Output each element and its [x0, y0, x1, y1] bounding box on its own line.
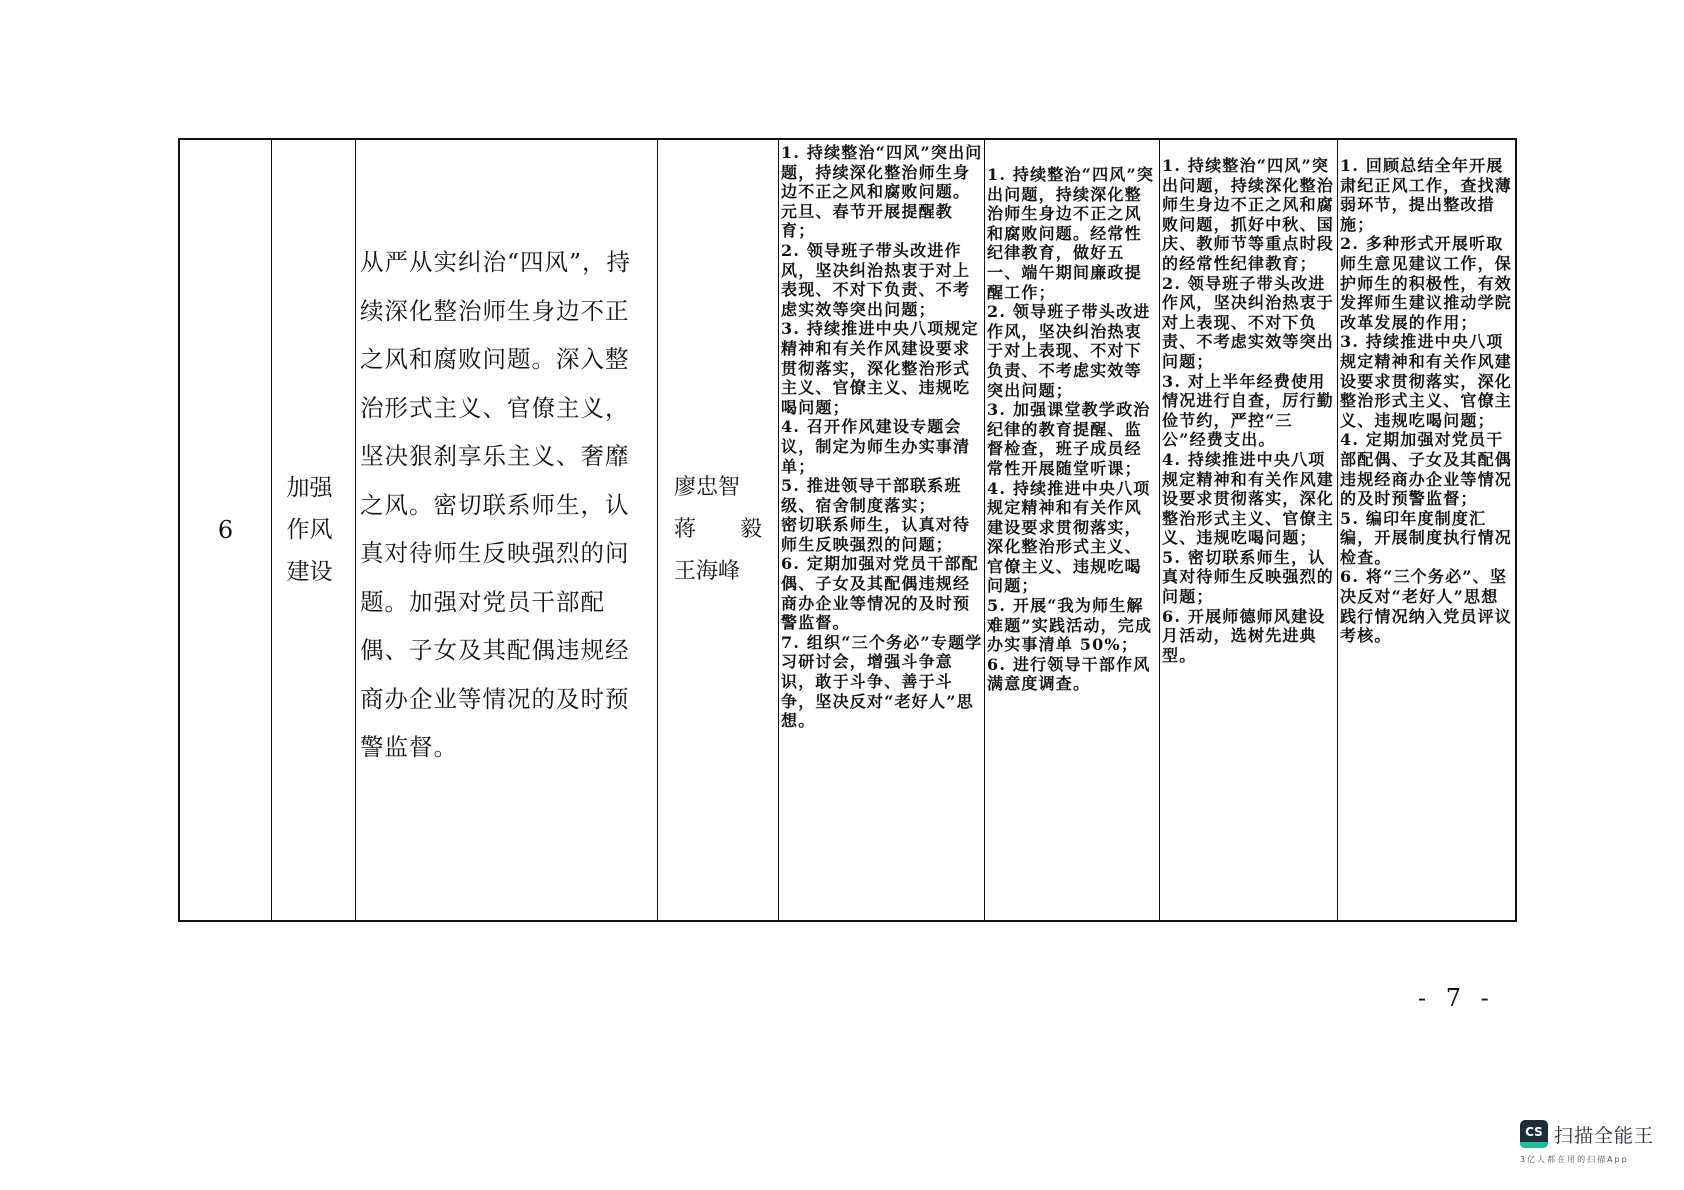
watermark-tagline: 3亿人都在用的扫描App	[1520, 1154, 1680, 1165]
category-label: 加强 作风 建设	[287, 467, 341, 593]
task-item: 4. 持续推进中央八项规定精神和有关作风建设要求贯彻落实，深化整治形式主义、官僚…	[1162, 450, 1336, 548]
task-item: 6. 定期加强对党员干部配偶、子女及其配偶违规经商办企业等情况的及时预警监督。	[781, 554, 983, 632]
camscanner-logo-icon: CS	[1520, 1120, 1548, 1148]
task-item: 6. 进行领导干部作风满意度调查。	[987, 655, 1158, 694]
scanner-watermark: CS 扫描全能王 3亿人都在用的扫描App	[1520, 1120, 1680, 1165]
task-item: 2. 领导班子带头改进作风，坚决纠治热衷于对上表现、不对下负责、不考虑实效等突出…	[987, 302, 1158, 400]
task-item: 4. 定期加强对党员干部配偶、子女及其配偶违规经商办企业等情况的及时预警监督；	[1340, 430, 1514, 508]
tasks-q4-cell: 1. 回顾总结全年开展肃纪正风工作，查找薄弱环节，提出整改措施； 2. 多种形式…	[1338, 140, 1515, 920]
task-item: 3. 持续推进中央八项规定精神和有关作风建设要求贯彻落实，深化整治形式主义、官僚…	[1340, 332, 1514, 430]
category-line: 作风	[287, 509, 341, 551]
task-item: 5. 推进领导干部联系班级、宿舍制度落实；	[781, 476, 983, 515]
task-item: 7. 组织“三个务必”专题学习研讨会，增强斗争意识，敢于斗争、善于斗争，坚决反对…	[781, 633, 983, 731]
leader-name: 王海峰	[674, 551, 762, 593]
tasks-q3-cell: 1. 持续整治“四风”突出问题，持续深化整治师生身边不正之风和腐败问题，抓好中秋…	[1160, 140, 1338, 920]
work-plan-table: 6 加强 作风 建设 从严从实纠治“四风”，持续深化整治师生身边不正之风和腐败问…	[178, 138, 1517, 922]
task-item: 6. 开展师德师风建设月活动，选树先进典型。	[1162, 607, 1336, 666]
goal-text: 从严从实纠治“四风”，持续深化整治师生身边不正之风和腐败问题。深入整治形式主义、…	[360, 238, 651, 772]
leader-name: 廖忠智	[674, 467, 762, 509]
task-item: 2. 领导班子带头改进作风，坚决纠治热衷于对上表现、不对下负责、不考虑实效等突出…	[781, 241, 983, 319]
task-item: 3. 对上半年经费使用情况进行自查，厉行勤俭节约，严控“三公”经费支出。	[1162, 372, 1336, 450]
task-item: 3. 持续推进中央八项规定精神和有关作风建设要求贯彻落实，深化整治形式主义、官僚…	[781, 319, 983, 417]
task-item: 3. 加强课堂教学政治纪律的教育提醒、监督检查，班子成员经常性开展随堂听课；	[987, 400, 1158, 478]
task-item: 密切联系师生，认真对待师生反映强烈的问题；	[781, 515, 983, 554]
category-line: 加强	[287, 467, 341, 509]
tasks-q2-cell: 1. 持续整治“四风”突出问题，持续深化整治师生身边不正之风和腐败问题。经常性纪…	[985, 140, 1160, 920]
category-line: 建设	[287, 551, 341, 593]
watermark-app-name: 扫描全能王	[1554, 1121, 1654, 1148]
task-item: 2. 多种形式开展听取师生意见建议工作，保护师生的积极性，有效发挥师生建议推动学…	[1340, 234, 1514, 332]
task-item: 4. 持续推进中央八项规定精神和有关作风建设要求贯彻落实，深化整治形式主义、官僚…	[987, 479, 1158, 597]
leader-name: 蒋毅	[674, 509, 762, 551]
task-item: 1. 回顾总结全年开展肃纪正风工作，查找薄弱环节，提出整改措施；	[1340, 156, 1514, 234]
task-item: 6. 将“三个务必”、坚决反对“老好人”思想践行情况纳入党员评议考核。	[1340, 567, 1514, 645]
task-item: 4. 召开作风建设专题会议，制定为师生办实事清单；	[781, 417, 983, 476]
leaders-cell: 廖忠智 蒋毅 王海峰	[658, 140, 779, 920]
task-item: 1. 持续整治“四风”突出问题，持续深化整治师生身边不正之风和腐败问题。经常性纪…	[987, 165, 1158, 302]
task-item: 5. 密切联系师生，认真对待师生反映强烈的问题；	[1162, 548, 1336, 607]
row-number-cell: 6	[180, 140, 272, 920]
goal-cell: 从严从实纠治“四风”，持续深化整治师生身边不正之风和腐败问题。深入整治形式主义、…	[356, 140, 658, 920]
page-number: - 7 -	[1418, 984, 1495, 1012]
task-item: 1. 持续整治“四风”突出问题，持续深化整治师生身边不正之风和腐败问题，抓好中秋…	[1162, 156, 1336, 274]
row-number: 6	[218, 516, 233, 544]
task-item: 2. 领导班子带头改进作风，坚决纠治热衷于对上表现、不对下负责、不考虑实效等突出…	[1162, 274, 1336, 372]
task-item: 5. 开展“我为师生解难题”实践活动，完成办实事清单 50%；	[987, 596, 1158, 655]
task-item: 1. 持续整治“四风”突出问题，持续深化整治师生身边不正之风和腐败问题。元旦、春…	[781, 143, 983, 241]
leader-names: 廖忠智 蒋毅 王海峰	[674, 467, 762, 593]
task-item: 5. 编印年度制度汇编，开展制度执行情况检查。	[1340, 509, 1514, 568]
category-cell: 加强 作风 建设	[272, 140, 356, 920]
tasks-q1-cell: 1. 持续整治“四风”突出问题，持续深化整治师生身边不正之风和腐败问题。元旦、春…	[779, 140, 985, 920]
